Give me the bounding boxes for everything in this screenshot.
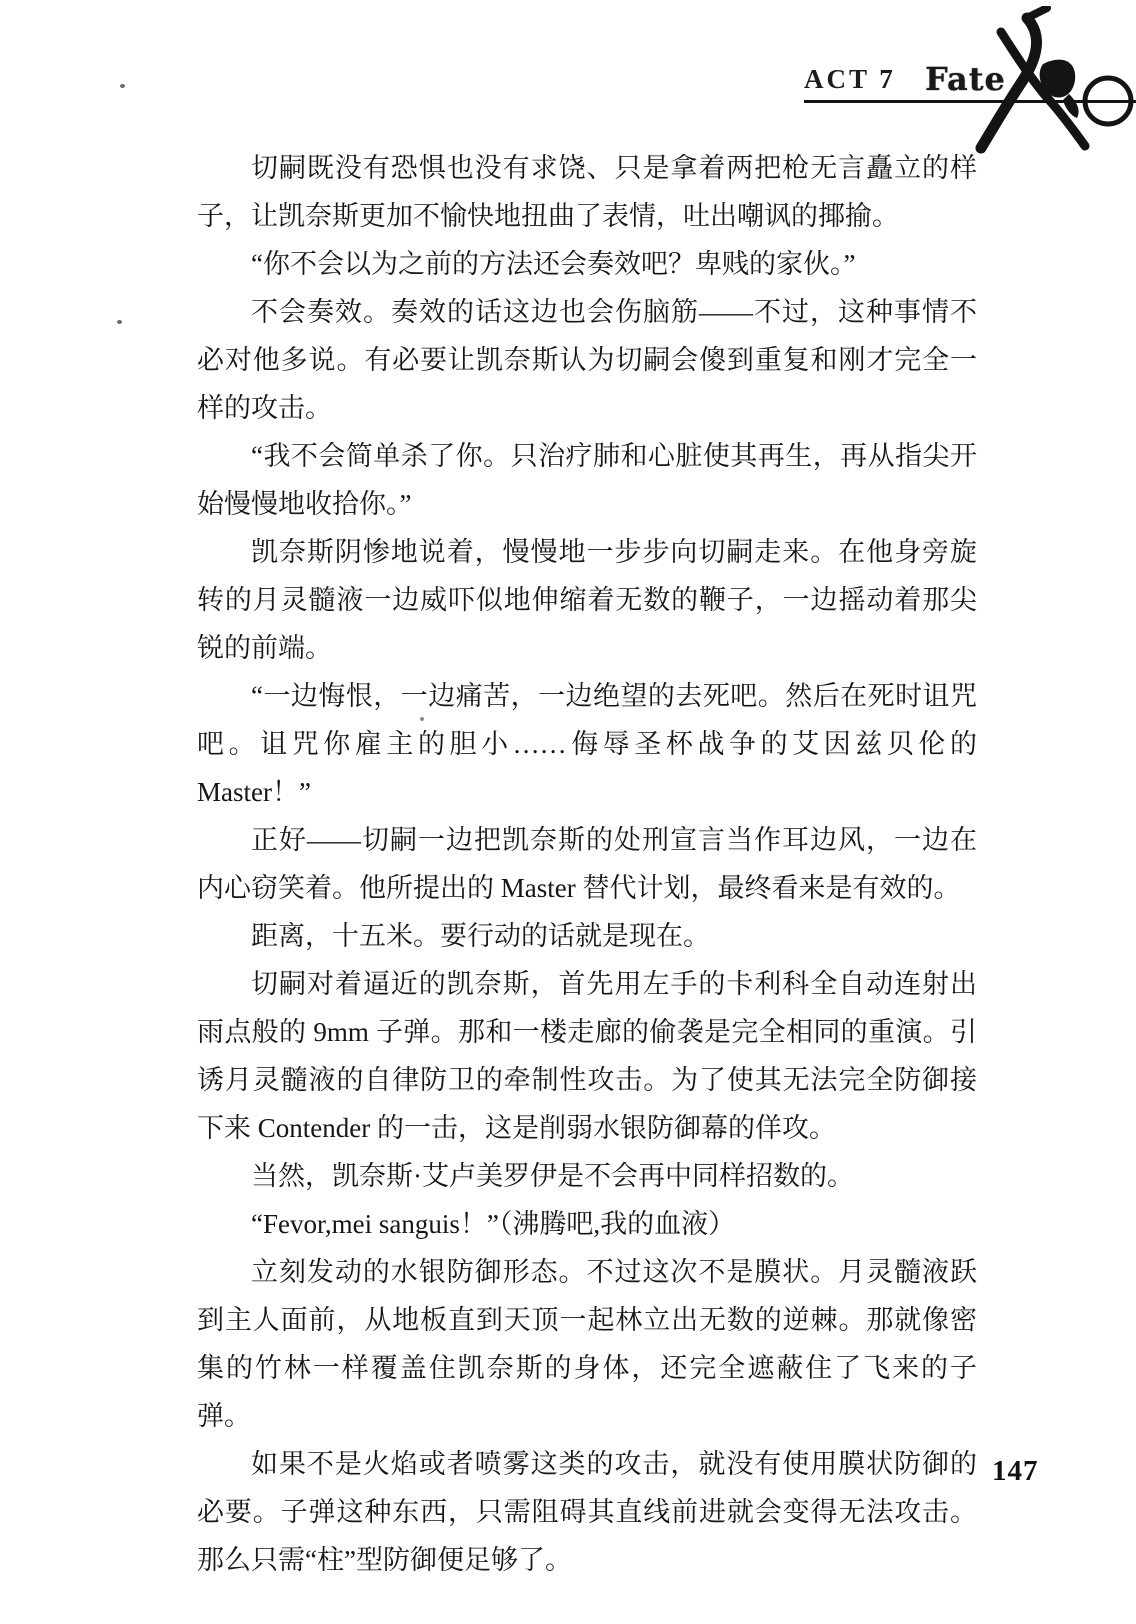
paragraph: 凯奈斯阴惨地说着，慢慢地一步步向切嗣走来。在他身旁旋转的月灵髓液一边威吓似地伸缩… [197, 528, 977, 672]
scan-speck [120, 84, 125, 88]
body-text: 切嗣既没有恐惧也没有求饶、只是拿着两把枪无言矗立的样子，让凯奈斯更加不愉快地扭曲… [197, 144, 977, 1584]
paragraph: 正好——切嗣一边把凯奈斯的处刑宣言当作耳边风，一边在内心窃笑着。他所提出的 Ma… [197, 816, 977, 912]
paragraph: 距离，十五米。要行动的话就是现在。 [197, 912, 977, 960]
paragraph: 切嗣对着逼近的凯奈斯，首先用左手的卡利科全自动连射出雨点般的 9mm 子弹。那和… [197, 960, 977, 1152]
page-number: 147 [992, 1455, 1039, 1488]
paragraph: 当然，凯奈斯·艾卢美罗伊是不会再中同样招数的。 [197, 1152, 977, 1200]
paragraph: 立刻发动的水银防御形态。不过这次不是膜状。月灵髓液跃到主人面前，从地板直到天顶一… [197, 1248, 977, 1440]
scan-speck [117, 320, 122, 324]
book-page: ACT 7 Fate 切嗣既没有恐惧也没有求饶、只是拿着两把枪无言矗立的样子，让… [0, 0, 1136, 1624]
paragraph: “一边悔恨，一边痛苦，一边绝望的去死吧。然后在死时诅咒吧。诅咒你雇主的胆小……侮… [197, 672, 977, 816]
paragraph: 不会奏效。奏效的话这边也会伤脑筋——不过，这种事情不必对他多说。有必要让凯奈斯认… [197, 288, 977, 432]
paragraph: 切嗣既没有恐惧也没有求饶、只是拿着两把枪无言矗立的样子，让凯奈斯更加不愉快地扭曲… [197, 144, 977, 240]
scan-speck [420, 717, 424, 721]
fate-zero-logo: Fate [905, 6, 1136, 156]
paragraph: “你不会以为之前的方法还会奏效吧？卑贱的家伙。” [197, 240, 977, 288]
paragraph: 如果不是火焰或者喷雾这类的攻击，就没有使用膜状防御的必要。子弹这种东西，只需阻碍… [197, 1440, 977, 1584]
zero-brush-icon [905, 6, 1136, 156]
act-label: ACT 7 [804, 64, 896, 95]
paragraph: “我不会简单杀了你。只治疗肺和心脏使其再生，再从指尖开始慢慢地收拾你。” [197, 432, 977, 528]
paragraph: “Fevor,mei sanguis！”（沸腾吧,我的血液） [197, 1200, 977, 1248]
